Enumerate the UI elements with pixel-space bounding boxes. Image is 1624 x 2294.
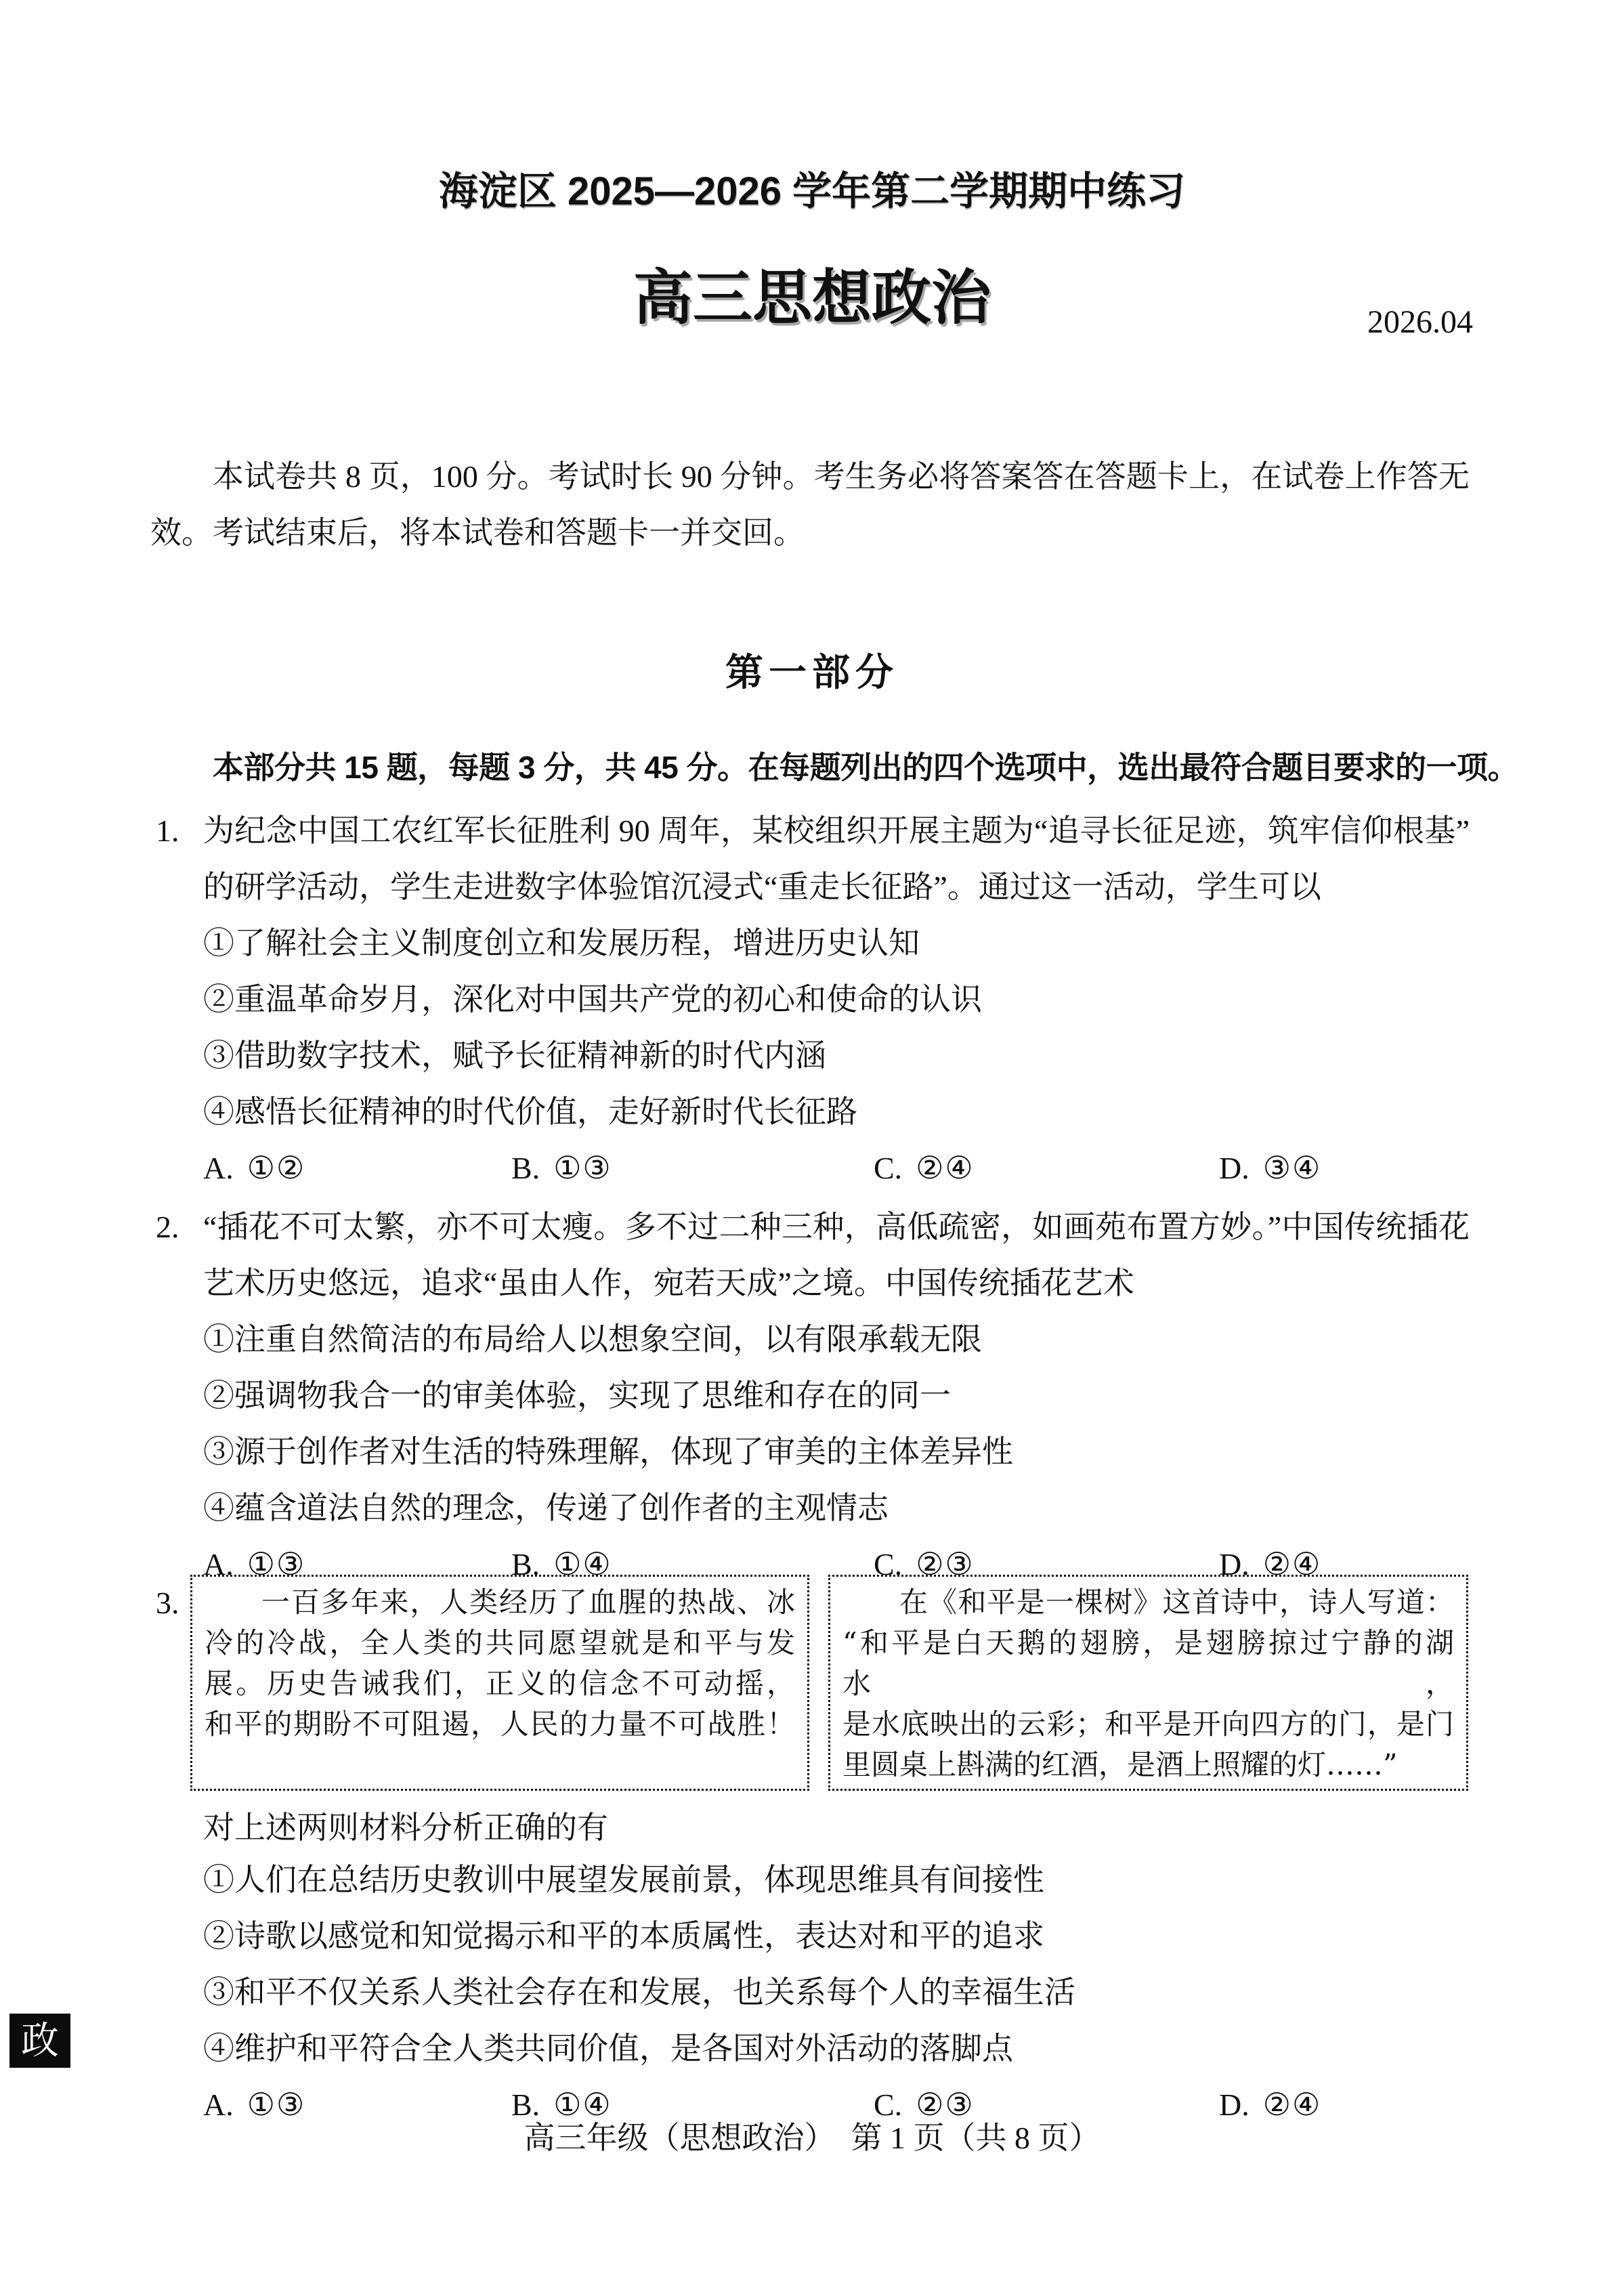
answer-options-row: A.①② B.①③ C.②④ D.③④	[203, 1140, 1470, 1196]
statement-item-4: ④感悟长征精神的时代价值，走好新时代长征路	[203, 1084, 1470, 1140]
material-line: 一百多年来，人类经历了血腥的热战、冰	[205, 1582, 795, 1623]
question-3: 3. 一百多年来，人类经历了血腥的热战、冰 冷的冷战，全人类的共同愿望就是和平与…	[150, 1561, 1470, 2133]
option-c: C.②④	[874, 1140, 975, 1196]
statement-item-1: ①注重自然简洁的布局给人以想象空间，以有限承载无限	[203, 1311, 1470, 1367]
material-box-2: 在《和平是一棵树》这首诗中，诗人写道： “和平是白天鹅的翅膀，是翅膀掠过宁静的湖…	[828, 1575, 1468, 1791]
question-1: 1. 为纪念中国工农红军长征胜利 90 周年，某校组织开展主题为“追寻长征足迹，…	[150, 803, 1470, 1196]
option-a: A.①②	[203, 1140, 305, 1196]
intro-line: 效。考试结束后，将本试卷和答题卡一并交回。	[150, 505, 1470, 561]
material-line: 展。历史告诫我们，正义的信念不可动摇，	[205, 1663, 795, 1704]
statement-item-3: ③和平不仅关系人类社会存在和发展，也关系每个人的幸福生活	[203, 1964, 1470, 2020]
statement-item-1: ①了解社会主义制度创立和发展历程，增进历史认知	[203, 915, 1470, 971]
question-number: 2.	[156, 1199, 179, 1255]
question-number: 1.	[156, 803, 179, 859]
part-one-heading: 第一部分	[0, 652, 1624, 694]
statement-item-2: ②强调物我合一的审美体验，实现了思维和存在的同一	[203, 1367, 1470, 1424]
statement-item-3: ③源于创作者对生活的特殊理解，体现了审美的主体差异性	[203, 1424, 1470, 1480]
exam-instructions-paragraph: 本试卷共 8 页，100 分。考试时长 90 分钟。考生务必将答案答在答题卡上，…	[150, 448, 1470, 561]
statement-item-1: ①人们在总结历史教训中展望发展前景，体现思维具有间接性	[203, 1852, 1470, 1908]
statement-item-3: ③借助数字技术，赋予长征精神新的时代内涵	[203, 1027, 1470, 1084]
material-line: 是水底映出的云彩；和平是开向四方的门，是门	[842, 1704, 1454, 1745]
material-line: 里圆桌上斟满的红酒，是酒上照耀的灯……”	[842, 1745, 1454, 1785]
material-line: “和平是白天鹅的翅膀，是翅膀掠过宁静的湖水，	[842, 1623, 1454, 1704]
material-line: 在《和平是一棵树》这首诗中，诗人写道：	[842, 1582, 1454, 1623]
material-boxes: 一百多年来，人类经历了血腥的热战、冰 冷的冷战，全人类的共同愿望就是和平与发 展…	[190, 1575, 1470, 1791]
material-line: 和平的期盼不可阻遏，人民的力量不可战胜！	[205, 1704, 795, 1745]
part-one-instruction: 本部分共 15 题，每题 3 分，共 45 分。在每题列出的四个选项中，选出最符…	[150, 745, 1498, 790]
statement-item-2: ②重温革命岁月，深化对中国共产党的初心和使命的认识	[203, 971, 1470, 1027]
question-stem-line: 艺术历史悠远，追求“虽由人作，宛若天成”之境。中国传统插花艺术	[203, 1255, 1470, 1311]
statement-item-4: ④蕴含道法自然的理念，传递了创作者的主观情志	[203, 1480, 1470, 1536]
page-footer: 高三年级（思想政治） 第 1 页（共 8 页）	[0, 2115, 1624, 2162]
question-number: 3.	[156, 1575, 179, 1631]
exam-date: 2026.04	[1367, 305, 1473, 340]
statement-item-4: ④维护和平符合全人类共同价值，是各国对外活动的落脚点	[203, 2020, 1470, 2077]
material-line: 冷的冷战，全人类的共同愿望就是和平与发	[205, 1623, 795, 1663]
option-d: D.③④	[1219, 1140, 1321, 1196]
question-stem-line: “插花不可太繁，亦不可太瘦。多不过二种三种，高低疏密，如画苑布置方妙。”中国传统…	[203, 1199, 1470, 1255]
question-stem-line: 的研学活动，学生走进数字体验馆沉浸式“重走长征路”。通过这一活动，学生可以	[203, 859, 1470, 915]
exam-session-title: 海淀区 2025—2026 学年第二学期期中练习	[0, 168, 1624, 215]
question-stem-line: 对上述两则材料分析正确的有	[203, 1804, 1470, 1852]
statement-item-2: ②诗歌以感觉和知觉揭示和平的本质属性，表达对和平的追求	[203, 1908, 1470, 1964]
question-2: 2. “插花不可太繁，亦不可太瘦。多不过二种三种，高低疏密，如画苑布置方妙。”中…	[150, 1199, 1470, 1592]
option-b: B.①③	[511, 1140, 612, 1196]
exam-paper-page: 海淀区 2025—2026 学年第二学期期中练习 高三思想政治 2026.04 …	[0, 0, 1624, 2294]
statement-items: ①人们在总结历史教训中展望发展前景，体现思维具有间接性 ②诗歌以感觉和知觉揭示和…	[203, 1852, 1470, 2077]
subject-side-tab: 政	[9, 2014, 70, 2068]
intro-line: 本试卷共 8 页，100 分。考试时长 90 分钟。考生务必将答案答在答题卡上，…	[150, 448, 1470, 505]
material-box-1: 一百多年来，人类经历了血腥的热战、冰 冷的冷战，全人类的共同愿望就是和平与发 展…	[190, 1575, 809, 1791]
question-stem-line: 为纪念中国工农红军长征胜利 90 周年，某校组织开展主题为“追寻长征足迹，筑牢信…	[203, 803, 1470, 859]
